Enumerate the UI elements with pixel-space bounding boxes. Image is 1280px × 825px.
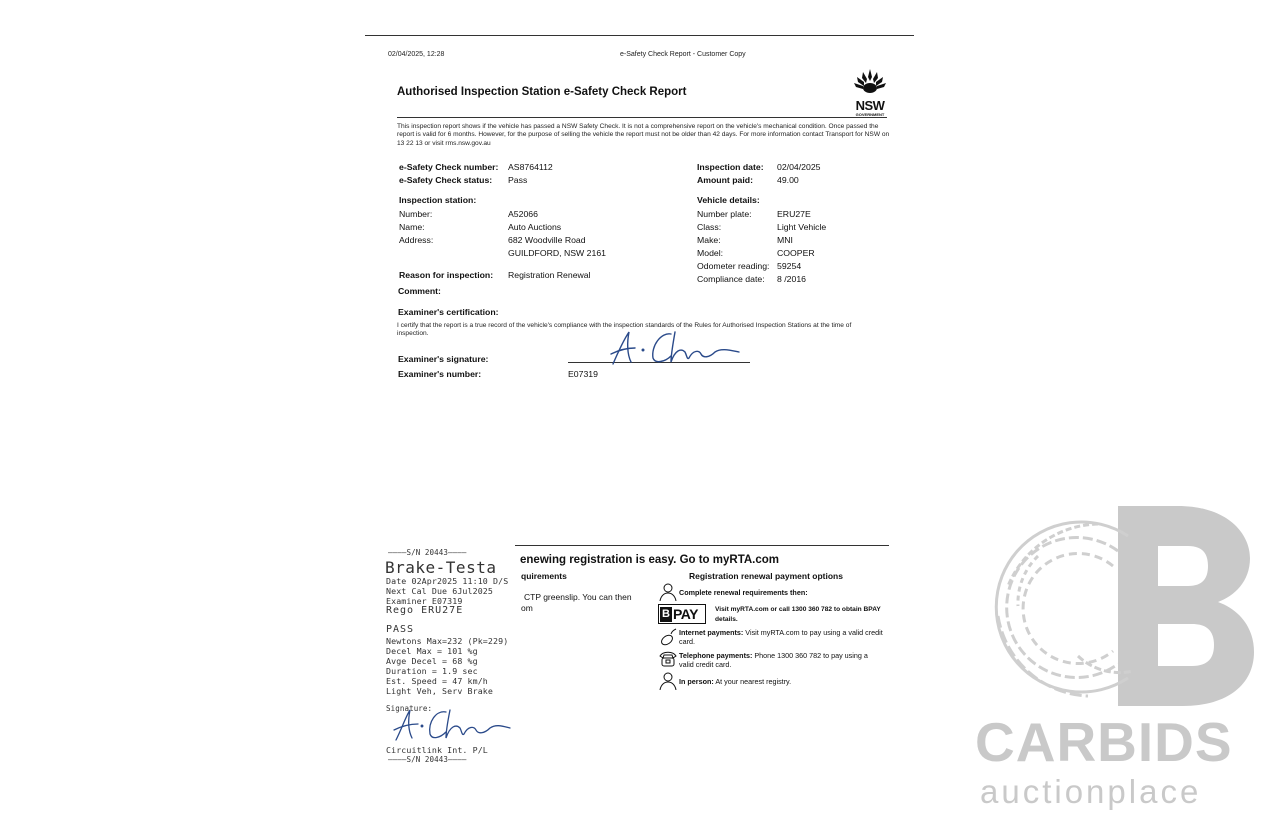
option-in-person-text: At your nearest registry. <box>714 677 791 686</box>
rta-heading: enewing registration is easy. Go to myRT… <box>520 554 779 566</box>
inspection-date-value: 02/04/2025 <box>777 162 820 172</box>
brake-test-receipt: ————S/N 20443———— Brake-Testa Date 02Apr… <box>384 548 519 768</box>
option-in-person-label: In person: <box>679 677 714 686</box>
bpay-icon: B PAY <box>658 604 706 624</box>
signature-label: Examiner's signature: <box>398 354 488 364</box>
station-address-line1: 682 Woodville Road <box>508 235 586 245</box>
station-address-label: Address: <box>399 235 433 245</box>
inspection-date-label: Inspection date: <box>697 162 764 172</box>
receipt-serial-bottom: ————S/N 20443———— <box>388 755 466 764</box>
nsw-government-logo: NSW GOVERNMENT <box>850 67 890 115</box>
class-label: Class: <box>697 222 721 232</box>
option-bpay: Visit myRTA.com or call 1300 360 782 to … <box>715 605 885 625</box>
watermark-sub: auctionplace <box>980 773 1201 811</box>
rta-left-subheading: quirements <box>521 571 567 581</box>
receipt-maker: Circuitlink Int. P/L <box>386 745 488 755</box>
compliance-value: 8 /2016 <box>777 274 806 284</box>
plate-value: ERU27E <box>777 209 811 219</box>
compliance-label: Compliance date: <box>697 274 765 284</box>
receipt-rego: Rego ERU27E <box>386 605 463 616</box>
person-icon <box>659 583 677 601</box>
person-icon <box>659 672 677 690</box>
rta-rule <box>515 545 889 546</box>
option-in-person: In person: At your nearest registry. <box>679 677 791 686</box>
odometer-value: 59254 <box>777 261 801 271</box>
waratah-icon <box>850 67 890 95</box>
make-label: Make: <box>697 235 721 245</box>
station-name-label: Name: <box>399 222 425 232</box>
class-value: Light Vehicle <box>777 222 826 232</box>
examiner-number-label: Examiner's number: <box>398 369 481 379</box>
receipt-duration: Duration = 1.9 sec <box>386 666 478 676</box>
cert-heading: Examiner's certification: <box>398 307 499 317</box>
station-number-label: Number: <box>399 209 432 219</box>
receipt-date: Date 02Apr2025 11:10 D/S <box>386 576 508 586</box>
option-telephone: Telephone payments: Phone 1300 360 782 t… <box>679 651 884 670</box>
carbids-logo-mark <box>978 506 1258 706</box>
reason-label: Reason for inspection: <box>399 270 493 280</box>
model-value: COOPER <box>777 248 815 258</box>
receipt-decel-max: Decel Max = 101 %g <box>386 646 478 656</box>
telephone-icon <box>659 650 677 667</box>
examiner-signature <box>605 328 745 368</box>
amount-paid-value: 49.00 <box>777 175 799 185</box>
vehicle-heading: Vehicle details: <box>697 195 760 205</box>
doc-caption: e-Safety Check Report - Customer Copy <box>620 51 746 58</box>
rta-right-subheading: Registration renewal payment options <box>689 571 843 581</box>
option-internet-label: Internet payments: <box>679 628 743 637</box>
check-status-label: e-Safety Check status: <box>399 175 492 185</box>
receipt-result: PASS <box>386 624 414 635</box>
print-datetime: 02/04/2025, 12:28 <box>388 51 444 58</box>
reason-value: Registration Renewal <box>508 270 591 280</box>
intro-text: This inspection report shows if the vehi… <box>397 123 892 148</box>
receipt-newtons: Newtons Max=232 (Pk=229) <box>386 636 508 646</box>
receipt-brand: Brake-Testa <box>385 558 496 577</box>
amount-paid-label: Amount paid: <box>697 175 753 185</box>
nsw-logo-text: NSW <box>850 100 890 112</box>
station-address-line2: GUILDFORD, NSW 2161 <box>508 248 606 258</box>
station-name-value: Auto Auctions <box>508 222 561 232</box>
option-complete-renewal: Complete renewal requirements then: <box>679 588 808 597</box>
receipt-signature <box>392 706 512 742</box>
watermark-brand: CARBIDS <box>975 710 1233 774</box>
check-status-value: Pass <box>508 175 527 185</box>
examiner-number-value: E07319 <box>568 369 598 379</box>
page-top-rule <box>365 35 914 36</box>
model-label: Model: <box>697 248 723 258</box>
rta-left-text2: om <box>521 604 533 613</box>
report-title: Authorised Inspection Station e-Safety C… <box>397 86 686 98</box>
receipt-avg-decel: Avge Decel = 68 %g <box>386 656 478 666</box>
receipt-type: Light Veh, Serv Brake <box>386 686 493 696</box>
option-telephone-label: Telephone payments: <box>679 651 752 660</box>
check-number-label: e-Safety Check number: <box>399 162 498 172</box>
option-internet: Internet payments: Visit myRTA.com to pa… <box>679 628 884 647</box>
receipt-speed: Est. Speed = 47 km/h <box>386 676 488 686</box>
header-rule <box>397 117 887 118</box>
station-number-value: A52066 <box>508 209 538 219</box>
receipt-serial-top: ————S/N 20443———— <box>388 548 466 557</box>
receipt-cal-due: Next Cal Due 6Jul2025 <box>386 586 493 596</box>
rta-left-text1: CTP greenslip. You can then <box>524 593 632 602</box>
mouse-icon <box>659 628 677 646</box>
plate-label: Number plate: <box>697 209 752 219</box>
station-heading: Inspection station: <box>399 195 476 205</box>
odometer-label: Odometer reading: <box>697 261 769 271</box>
make-value: MNI <box>777 235 793 245</box>
check-number-value: AS8764112 <box>508 162 553 172</box>
comment-label: Comment: <box>398 286 441 296</box>
bpay-label: PAY <box>673 606 698 622</box>
